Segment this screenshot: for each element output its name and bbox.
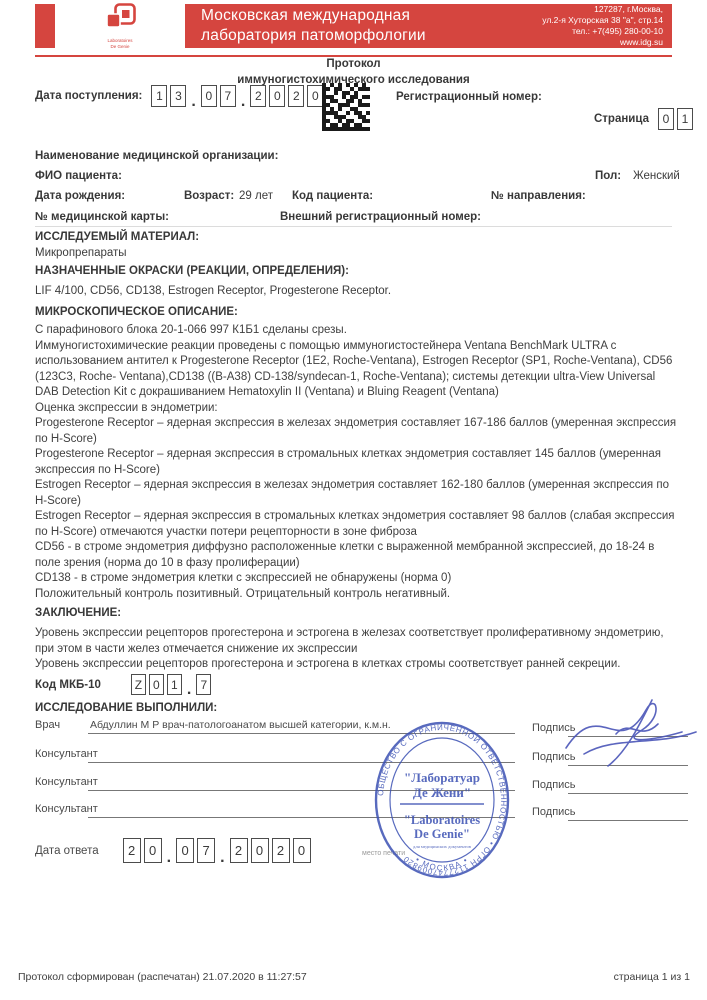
conclusion-paragraph: Уровень экспрессии рецепторов прогестеро… <box>35 657 681 673</box>
icd-code-boxes: Z 0 1 <box>131 674 182 695</box>
org-name: Московская международная лаборатория пат… <box>185 6 426 46</box>
material-value: Микропрепараты <box>35 247 127 259</box>
answer-date-day: 2 0 <box>123 838 162 863</box>
footer-generated-text: Протокол сформирован (распечатан) 21.07.… <box>18 971 307 983</box>
material-heading: ИССЛЕДУЕМЫЙ МАТЕРИАЛ: <box>35 231 199 243</box>
stamp-center-line4: De Genie" <box>414 827 470 841</box>
org-website: www.idg.su <box>542 37 663 48</box>
micro-paragraph: CD138 - в строме эндометрия клетки с экс… <box>35 571 681 587</box>
signature-label: Подпись <box>532 779 576 791</box>
consultant-role-label: Консультант <box>35 748 98 760</box>
reg-number-label: Регистрационный номер: <box>396 91 542 103</box>
org-address: 127287, г.Москва, ул.2-я Хуторская 38 "а… <box>542 4 672 48</box>
header-left-stripe <box>35 4 55 48</box>
stamp-small-text: для медицинских документов <box>413 844 472 849</box>
age-label: Возраст: <box>184 190 234 202</box>
page-label: Страница <box>594 113 649 125</box>
referral-number-label: № направления: <box>491 190 586 202</box>
birth-date-label: Дата рождения: <box>35 190 125 202</box>
received-date-day: 1 3 <box>151 85 186 107</box>
micro-paragraph: Положительный контроль позитивный. Отриц… <box>35 587 681 603</box>
icd-code-row: Код МКБ-10 Z 0 1 . 7 <box>35 674 211 695</box>
header: Laboratoires De Genie Московская междуна… <box>35 4 672 48</box>
micro-paragraph: Progesterone Receptor – ядерная экспресс… <box>35 447 681 478</box>
performed-heading: ИССЛЕДОВАНИЕ ВЫПОЛНИЛИ: <box>35 702 217 714</box>
page-number-row: Страница 0 1 <box>594 108 693 130</box>
ext-reg-number-label: Внешний регистрационный номер: <box>280 211 481 223</box>
header-rule <box>35 55 672 57</box>
signature-line <box>568 820 688 821</box>
consultant-role-label: Консультант <box>35 776 98 788</box>
lab-stamp: ОБЩЕСТВО С ОГРАНИЧЕННОЙ ОТВЕТСТВЕННОСТЬЮ… <box>368 716 516 884</box>
micro-paragraph: Иммуногистохимические реакции проведены … <box>35 339 681 401</box>
micro-heading: МИКРОСКОПИЧЕСКОЕ ОПИСАНИЕ: <box>35 306 238 318</box>
micro-paragraph: Оценка экспрессии в эндометрии: <box>35 401 681 417</box>
received-date-year: 2 0 2 0 <box>250 85 323 107</box>
signature-label: Подпись <box>532 806 576 818</box>
stamp-center-line3: "Laboratoires <box>404 813 480 827</box>
lab-logo: Laboratoires De Genie <box>55 4 185 48</box>
sex-value: Женский <box>633 170 680 182</box>
micro-description: С парафинового блока 20-1-066 997 К1Б1 с… <box>35 323 681 602</box>
answer-date-month: 0 7 <box>176 838 215 863</box>
datamatrix-code <box>322 83 370 131</box>
stamp-center-line2: Де Жени" <box>413 785 471 800</box>
received-date-label: Дата поступления: <box>35 90 142 102</box>
micro-paragraph: Progesterone Receptor – ядерная экспресс… <box>35 416 681 447</box>
lab-logo-caption: Laboratoires De Genie <box>107 38 132 49</box>
lab-logo-icon <box>103 3 137 36</box>
consultant-role-label: Консультант <box>35 803 98 815</box>
stains-value: LIF 4/100, CD56, CD138, Estrogen Recepto… <box>35 285 391 297</box>
footer-page-text: страница 1 из 1 <box>614 971 690 983</box>
header-banner: Московская международная лаборатория пат… <box>185 4 672 48</box>
micro-paragraph: С парафинового блока 20-1-066 997 К1Б1 с… <box>35 323 681 339</box>
stains-heading: НАЗНАЧЕННЫЕ ОКРАСКИ (РЕАКЦИИ, ОПРЕДЕЛЕНИ… <box>35 265 349 277</box>
section-divider <box>35 226 672 227</box>
stamp-center-line1: "Лаборатуар <box>404 770 480 785</box>
doctor-name: Абдуллин М Р врач-патологоанатом высшей … <box>90 719 391 731</box>
received-date-month: 0 7 <box>201 85 236 107</box>
conclusion-paragraph: Уровень экспрессии рецепторов прогестеро… <box>35 626 681 657</box>
conclusion-heading: ЗАКЛЮЧЕНИЕ: <box>35 607 121 619</box>
received-date-row: Дата поступления: 1 3 . 0 7 . 2 0 2 0 <box>35 85 323 107</box>
age-value: 29 лет <box>239 190 273 202</box>
icd-label: Код МКБ-10 <box>35 679 101 691</box>
page-number-boxes: 0 1 <box>658 108 693 130</box>
org-name-label: Наименование медицинской организации: <box>35 150 278 162</box>
icd-suffix-box: 7 <box>196 674 211 695</box>
med-card-label: № медицинской карты: <box>35 211 169 223</box>
patient-name-label: ФИО пациента: <box>35 170 122 182</box>
answer-date-row: Дата ответа 2 0 . 0 7 . 2 0 2 0 <box>35 838 311 863</box>
conclusion-text: Уровень экспрессии рецепторов прогестеро… <box>35 626 681 673</box>
patient-code-label: Код пациента: <box>292 190 373 202</box>
sex-label: Пол: <box>595 170 621 182</box>
doc-title-line1: Протокол <box>35 58 672 70</box>
doctor-signature <box>556 690 704 768</box>
answer-date-label: Дата ответа <box>35 845 99 857</box>
doctor-role-label: Врач <box>35 719 60 731</box>
micro-paragraph: Estrogen Receptor – ядерная экспрессия в… <box>35 509 681 540</box>
micro-paragraph: CD56 - в строме эндометрия диффузно расп… <box>35 540 681 571</box>
protocol-document: Laboratoires De Genie Московская междуна… <box>0 0 707 1000</box>
signature-line <box>568 793 688 794</box>
answer-date-year: 2 0 2 0 <box>230 838 311 863</box>
micro-paragraph: Estrogen Receptor – ядерная экспрессия в… <box>35 478 681 509</box>
